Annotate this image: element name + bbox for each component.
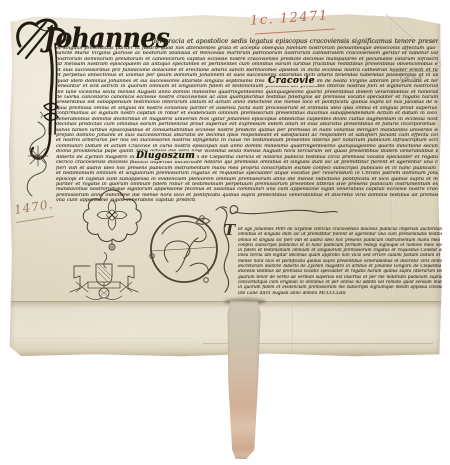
script-line: dei gracia et apostolice sedis legatus e… (56, 36, 438, 46)
arms-sketch-drawing (64, 252, 144, 300)
pencil-line (392, 71, 438, 72)
script-line: in quorum fidem et evidenciam premissoru… (238, 285, 442, 290)
script-line: omnibus et singulis dum sic ut premittit… (238, 232, 442, 237)
script-line: Die Lune XXVI Augusti anno domini MCCCCL… (238, 291, 370, 296)
notarial-text-block: Et ego Johannes Petri de Szydlow clericu… (238, 227, 442, 296)
plica-fold (8, 301, 442, 358)
rose-drawing (82, 186, 142, 254)
margin-flourish-drawing (16, 108, 60, 200)
highlight-word-dlugosz: Dlugoszum (134, 151, 197, 161)
manuscript-photo: Johannes dei gracia et apostolice sedis … (0, 0, 450, 465)
script-line: diocesis testibus ad premissa vocatis sp… (238, 269, 442, 274)
seal-tag (223, 301, 262, 460)
pencil-year: 1454 (398, 73, 423, 84)
highlight-word-cracovie: Cracovie (266, 76, 317, 86)
script-line: linea tercia ubi legitur decimas quam ap… (238, 253, 442, 258)
body-text-block: dei gracia et apostolice sedis legatus e… (56, 36, 438, 204)
end-line-flourish-drawing (224, 203, 340, 221)
notarial-paraph: T (224, 221, 235, 239)
